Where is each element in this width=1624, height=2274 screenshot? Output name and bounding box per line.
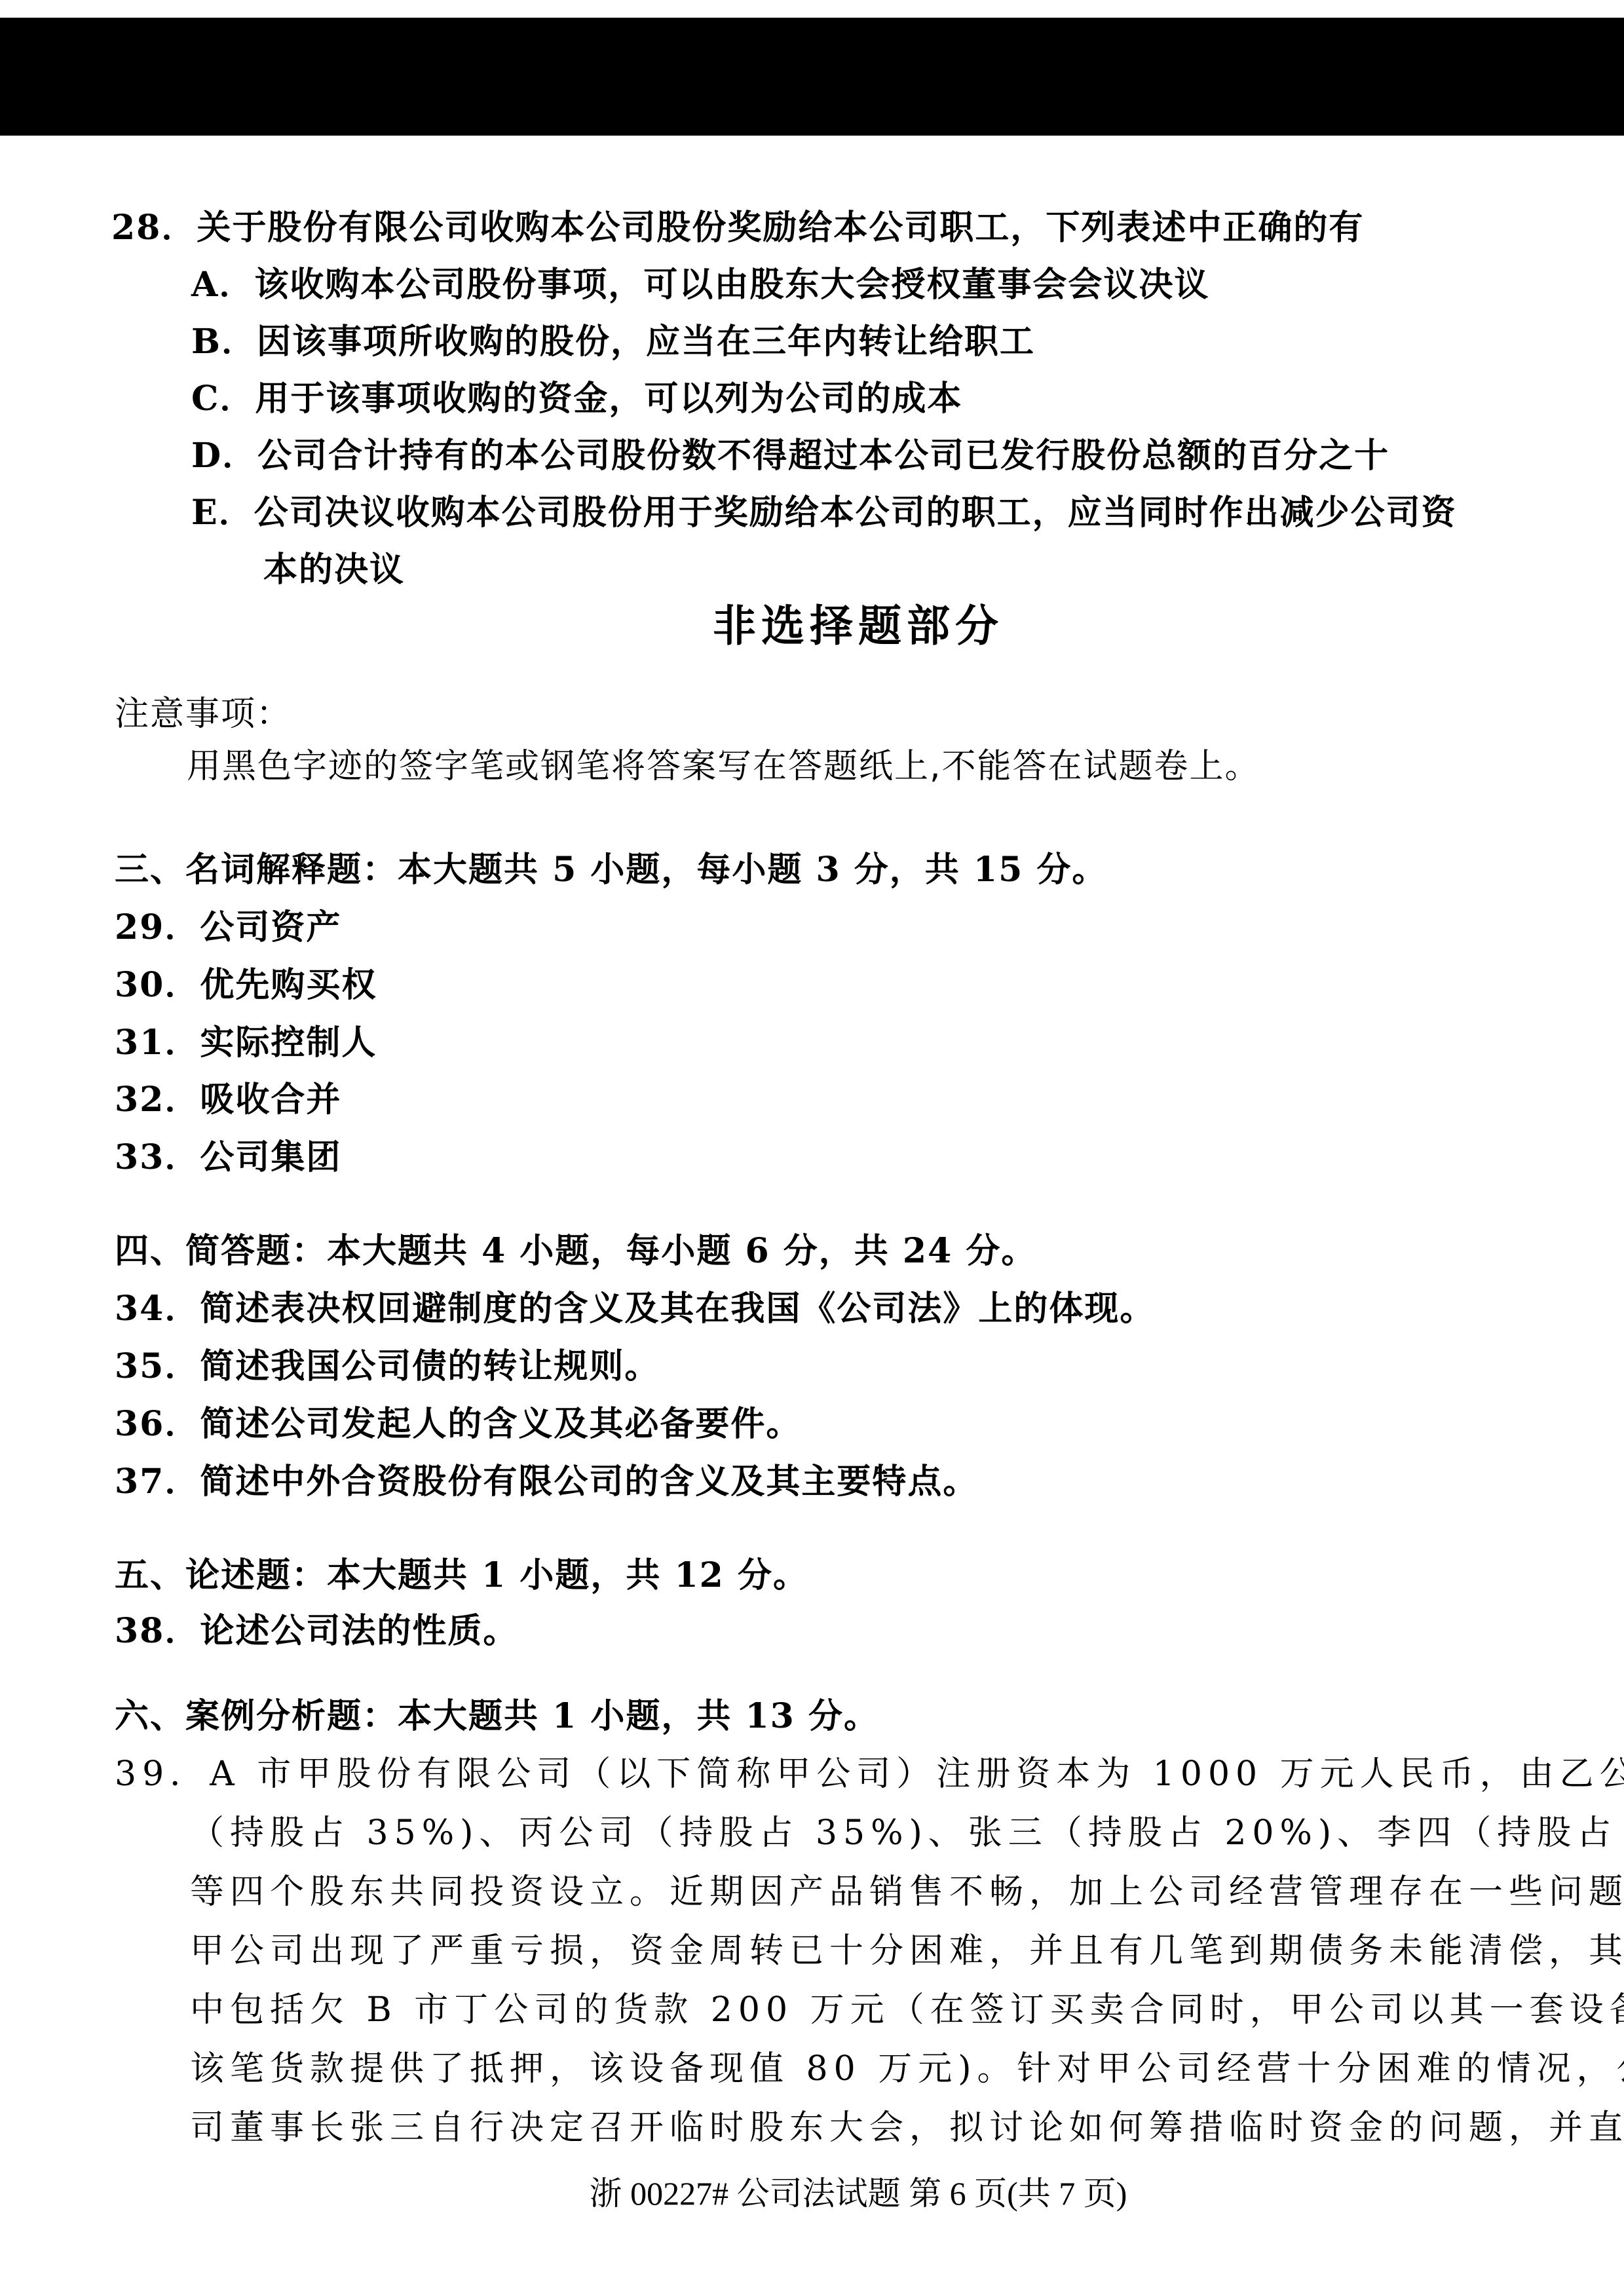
question-33: 33．公司集团 [115, 1138, 341, 1177]
question-number: 29． [115, 907, 200, 947]
question-39-line-1: 39．A 市甲股份有限公司（以下简称甲公司）注册资本为 1000 万元人民币，由… [115, 1754, 1624, 1794]
question-text: 简述中外合资股份有限公司的含义及其主要特点。 [200, 1462, 978, 1502]
question-number: 31． [115, 1023, 200, 1063]
question-text: 公司集团 [200, 1137, 341, 1177]
question-number: 39． [115, 1754, 210, 1794]
question-text: 论述公司法的性质。 [200, 1611, 518, 1651]
option-text: 用于该事项收购的资金，可以列为公司的成本 [255, 379, 962, 419]
question-text: 公司资产 [200, 907, 341, 947]
question-29: 29．公司资产 [115, 908, 341, 947]
page-footer: 浙 00227# 公司法试题 第 6 页(共 7 页) [0, 2174, 1624, 2213]
question-number: 38． [115, 1611, 200, 1651]
option-label: A． [191, 265, 254, 305]
option-d: D．公司合计持有的本公司股份数不得超过本公司已发行股份总额的百分之十 [191, 436, 1389, 476]
question-text: 优先购买权 [200, 965, 377, 1005]
notice-text: 用黑色字迹的签字笔或钢笔将答案写在答题纸上,不能答在试题卷上。 [187, 747, 1260, 786]
question-32: 32．吸收合并 [115, 1080, 341, 1120]
section-5-title: 五、论述题：本大题共 1 小题，共 12 分。 [115, 1556, 808, 1595]
option-label: E． [191, 493, 254, 533]
question-34: 34．简述表决权回避制度的含义及其在我国《公司法》上的体现。 [115, 1289, 1155, 1329]
option-text: 因该事项所收购的股份，应当在三年内转让给职工 [257, 322, 1035, 362]
question-35: 35．简述我国公司债的转让规则。 [115, 1347, 660, 1386]
option-label: D． [191, 436, 257, 476]
option-text: 公司决议收购本公司股份用于奖励给本公司的职工，应当同时作出减少公司资 [254, 493, 1457, 533]
option-text: 该收购本公司股份事项，可以由股东大会授权董事会会议决议 [254, 265, 1209, 305]
option-c: C．用于该事项收购的资金，可以列为公司的成本 [191, 379, 962, 419]
section-4-title: 四、简答题：本大题共 4 小题，每小题 6 分，共 24 分。 [115, 1232, 1036, 1271]
question-text: 简述公司发起人的含义及其必备要件。 [200, 1404, 801, 1444]
option-label: B． [191, 322, 257, 362]
question-number: 37． [115, 1462, 200, 1502]
question-number: 28． [111, 208, 197, 248]
question-28-stem: 28．关于股份有限公司收购本公司股份奖励给本公司职工，下列表述中正确的有 [111, 208, 1364, 248]
question-number: 35． [115, 1346, 200, 1386]
question-text: 简述我国公司债的转让规则。 [200, 1346, 660, 1386]
option-label: C． [191, 379, 255, 419]
question-38: 38．论述公司法的性质。 [115, 1612, 518, 1651]
question-36: 36．简述公司发起人的含义及其必备要件。 [115, 1405, 801, 1444]
section-6-title: 六、案例分析题：本大题共 1 小题，共 13 分。 [115, 1697, 879, 1736]
question-39-line-5: 中包括欠 B 市丁公司的货款 200 万元（在签订买卖合同时，甲公司以其一套设备… [190, 1990, 1624, 2030]
question-30: 30．优先购买权 [115, 966, 377, 1005]
notice-title: 注意事项： [115, 694, 292, 734]
question-37: 37．简述中外合资股份有限公司的含义及其主要特点。 [115, 1462, 978, 1502]
question-39-line-4: 甲公司出现了严重亏损，资金周转已十分困难，并且有几笔到期债务未能清偿，其 [190, 1931, 1624, 1971]
option-a: A．该收购本公司股份事项，可以由股东大会授权董事会会议决议 [191, 265, 1209, 305]
option-b: B．因该事项所收购的股份，应当在三年内转让给职工 [191, 322, 1035, 362]
question-number: 32． [115, 1080, 200, 1120]
question-text: 关于股份有限公司收购本公司股份奖励给本公司职工，下列表述中正确的有 [197, 208, 1364, 248]
question-text: 实际控制人 [200, 1023, 377, 1063]
section-heading: 非选择题部分 [0, 601, 1624, 651]
question-31: 31．实际控制人 [115, 1023, 377, 1063]
question-text: A 市甲股份有限公司（以下简称甲公司）注册资本为 1000 万元人民币，由乙公司 [210, 1754, 1624, 1794]
question-text: 吸收合并 [200, 1080, 341, 1120]
question-39-line-6: 该笔货款提供了抵押，该设备现值 80 万元)。针对甲公司经营十分困难的情况，公 [190, 2049, 1624, 2089]
question-39-line-7: 司董事长张三自行决定召开临时股东大会，拟讨论如何筹措临时资金的问题，并直 [190, 2108, 1624, 2148]
question-number: 34． [115, 1289, 200, 1329]
question-number: 30． [115, 965, 200, 1005]
section-3-title: 三、名词解释题：本大题共 5 小题，每小题 3 分，共 15 分。 [115, 850, 1107, 890]
option-text: 公司合计持有的本公司股份数不得超过本公司已发行股份总额的百分之十 [257, 436, 1389, 476]
question-number: 33． [115, 1137, 200, 1177]
scan-top-black-bar [0, 18, 1624, 136]
question-number: 36． [115, 1404, 200, 1444]
option-e-continuation: 本的决议 [263, 550, 405, 590]
option-e: E．公司决议收购本公司股份用于奖励给本公司的职工，应当同时作出减少公司资 [191, 493, 1457, 533]
question-text: 简述表决权回避制度的含义及其在我国《公司法》上的体现。 [200, 1289, 1155, 1329]
question-39-line-3: 等四个股东共同投资设立。近期因产品销售不畅，加上公司经营管理存在一些问题， [190, 1872, 1624, 1912]
question-39-line-2: （持股占 35%)、丙公司（持股占 35%)、张三（持股占 20%)、李四（持股… [190, 1813, 1624, 1853]
